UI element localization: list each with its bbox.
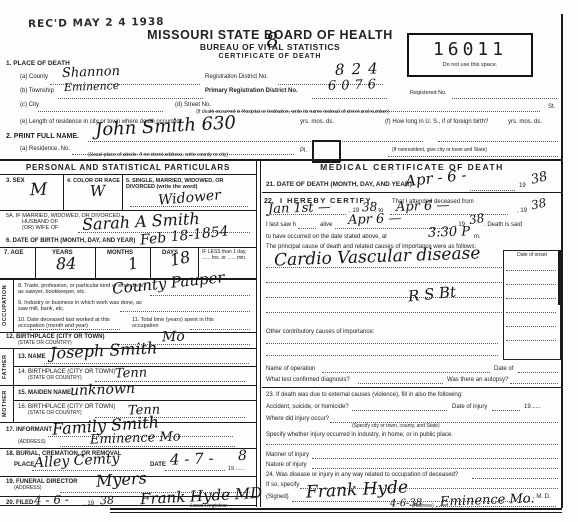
dotted-line — [518, 372, 558, 373]
nature-of-injury-label: Nature of injury — [266, 462, 307, 469]
test-confirmed-label: What test confirmed diagnosis? — [266, 377, 350, 384]
pl-label: Pl. — [300, 148, 307, 155]
registration-district-label: Registration District No. — [205, 74, 268, 81]
burial-date-value: 4 - 7 - — [170, 451, 214, 468]
occ11-label: 11. Total time (years) spent in this occ… — [132, 317, 217, 330]
street-suffix: St. — [548, 104, 555, 111]
dotted-line — [266, 214, 346, 215]
to-year-value: 38 — [530, 197, 547, 212]
burial-year-value: 8 — [238, 449, 247, 463]
last-saw-value: Apr 6 — — [348, 212, 402, 227]
dotted-line — [266, 267, 502, 268]
dotted-line — [266, 444, 558, 445]
attended-to-value: Apr 6 — — [396, 199, 450, 214]
township-value: Eminence — [64, 80, 120, 93]
age-months-value: 1 — [127, 255, 140, 273]
mother-maiden-label: 15. MAIDEN NAME — [18, 390, 71, 397]
date-of-label: Date of — [494, 366, 513, 373]
rule — [262, 192, 562, 193]
spouse-label-3: (OR) WIFE OF — [22, 225, 58, 231]
dotted-line — [190, 329, 250, 330]
column-divider-rule — [256, 159, 257, 507]
column-divider-rule — [260, 159, 261, 507]
dotted-line — [165, 470, 225, 471]
rule — [35, 247, 36, 278]
funeral-director-address-label: (ADDRESS) — [14, 486, 42, 492]
rule — [13, 385, 14, 422]
dotted-line — [150, 295, 250, 296]
section-divider-rule — [0, 159, 562, 161]
dotted-line — [506, 312, 556, 313]
dotted-line — [266, 355, 498, 356]
alive-label: alive — [320, 222, 332, 229]
occ10-label: 10. Date deceased last worked at this oc… — [18, 317, 126, 330]
rule — [150, 247, 151, 278]
related-occupation-label: 24. Was disease or injury in any way rel… — [266, 472, 458, 479]
dotted-line — [388, 156, 558, 157]
date-of-onset-box: Date of onset — [503, 250, 561, 360]
rule — [262, 387, 562, 388]
foreign-birth-label: (f) How long in U. S., if of foreign bir… — [385, 119, 488, 126]
date-of-onset-label: Date of onset — [504, 253, 560, 259]
physician-initials-scrawl: R S Bt — [407, 285, 456, 305]
occurred-at-label: to have occurred on the date stated abov… — [266, 234, 387, 241]
father-birthplace-value: Tenn — [115, 366, 148, 380]
external-causes-label: 23. If death was due to external causes … — [266, 392, 463, 399]
signed-label: (Signed) — [266, 494, 289, 501]
injury-year-label: 19...... — [524, 404, 541, 411]
dotted-line — [266, 312, 502, 313]
burial-place-label: PLACE — [14, 462, 34, 469]
flourish-mark: 8 — [265, 29, 280, 51]
rule — [0, 174, 256, 175]
father-side-label: FATHER — [2, 351, 8, 382]
residence-units: yrs. mos. ds. — [300, 119, 334, 126]
death-year-prefix: 19 — [519, 183, 526, 190]
dotted-line — [470, 190, 515, 191]
scan-artifact-bar — [558, 250, 562, 305]
rule — [0, 247, 256, 248]
serial-number-box: 16011 Do not use this space. — [407, 33, 533, 77]
accident-label: Accident, suicide, or homicide? — [266, 404, 349, 411]
bottom-rule — [110, 512, 562, 513]
manner-of-injury-label: Manner of injury — [266, 452, 309, 459]
dotted-line — [312, 98, 387, 99]
father-name-label: 13. NAME — [18, 354, 46, 361]
registration-district-value: 824 — [335, 61, 385, 78]
dotted-line — [60, 446, 235, 447]
mother-maiden-value: unknown — [70, 382, 135, 398]
date-of-death-label: 21. DATE OF DEATH (MONTH, DAY, AND YEAR) — [266, 181, 412, 188]
dotted-line — [472, 478, 558, 479]
sex-value: M — [30, 182, 48, 200]
dotted-line — [38, 111, 163, 112]
dotted-line — [506, 326, 556, 327]
sex-label: 3. SEX — [6, 178, 25, 185]
rule — [0, 332, 256, 333]
cause-of-death-value: Cardio Vascular disease — [274, 245, 481, 269]
death-certificate-page: REC'D MAY 2 4 1938 MISSOURI STATE BOARD … — [0, 0, 578, 522]
dotted-line — [88, 141, 423, 142]
dotted-line — [266, 297, 502, 298]
full-name-label: 2. PRINT FULL NAME. — [6, 133, 79, 141]
dotted-line — [436, 506, 556, 507]
nonresident-note: (If nonresident, give city or town and S… — [392, 148, 487, 154]
last-saw-label: I last saw h — [266, 222, 296, 229]
county-value: Shannon — [62, 65, 120, 80]
dotted-line — [506, 284, 556, 285]
rule — [63, 174, 64, 210]
pl-box-rule — [312, 140, 340, 142]
contributory-label: Other contributory causes of importance: — [266, 329, 374, 336]
mother-side-label: MOTHER — [2, 388, 8, 419]
date-of-injury-label: Date of injury — [452, 404, 487, 411]
burial-date-label: DATE — [150, 462, 166, 469]
informant-address-label: (ADDRESS) — [18, 440, 46, 446]
place-of-death-heading: 1. PLACE OF DEATH — [6, 60, 70, 67]
rule — [13, 280, 14, 332]
dotted-line — [58, 98, 203, 99]
marital-label: 5. SINGLE, MARRIED, WIDOWED, OR DIVORCED… — [126, 178, 252, 191]
registered-no-label: Registered No. — [410, 90, 447, 96]
time-of-death-value: 3:30 P — [428, 225, 471, 239]
dotted-line — [266, 343, 498, 344]
age-less-note: IF LESS than 1 day, ...... hrs. or .....… — [202, 250, 254, 262]
last-saw-year-value: 38 — [468, 212, 485, 226]
dotted-line — [322, 372, 490, 373]
left-column-header: PERSONAL AND STATISTICAL PARTICULARS — [0, 163, 256, 172]
dotted-line — [506, 298, 556, 299]
birthplace-value: Mo — [162, 330, 185, 345]
dotted-line — [120, 311, 250, 312]
mother-birthplace-sub: (STATE OR COUNTRY) — [28, 411, 82, 417]
md-label: , M. D. — [533, 494, 551, 501]
funeral-director-value: Myers — [96, 470, 148, 490]
specify-city-note: (Specify city or town, county, and State… — [352, 424, 440, 430]
dob-label: 6. DATE OF BIRTH (MONTH, DAY, AND YEAR) — [6, 238, 135, 245]
rule — [122, 174, 123, 210]
dotted-line — [352, 410, 447, 411]
dotted-line — [266, 282, 502, 283]
dotted-line — [452, 98, 557, 99]
dotted-line — [492, 410, 520, 411]
race-value: W — [90, 184, 106, 200]
dotted-line — [44, 363, 249, 364]
dotted-line — [438, 141, 558, 142]
city-label: (c) City — [20, 102, 39, 109]
dotted-line — [312, 468, 558, 469]
occupation-side-label: OCCUPATION — [2, 282, 8, 328]
dotted-line — [506, 270, 556, 271]
age-label: 7. AGE — [4, 250, 23, 257]
father-birthplace-sub: (STATE OR COUNTRY) — [28, 376, 82, 382]
age-years-value: 84 — [56, 256, 77, 273]
father-name-value: Joseph Smith — [50, 340, 158, 362]
rule — [0, 448, 256, 449]
date-of-death-value: Apr - 6 - — [404, 168, 467, 189]
dotted-line — [30, 329, 120, 330]
operation-label: Name of operation — [266, 366, 315, 373]
where-injury-label: Where did injury occur? — [266, 416, 329, 423]
primary-district-label: Primary Registration District No. — [205, 88, 298, 95]
marital-value: Widower — [158, 188, 222, 207]
specify-where-label: Specify whether injury occurred in indus… — [266, 432, 453, 439]
serial-number: 16011 — [409, 40, 531, 61]
serial-note: Do not use this space. — [409, 62, 531, 68]
street-label: (d) Street No. — [175, 102, 211, 109]
county-label: (a) County — [20, 74, 48, 81]
rule — [95, 247, 96, 278]
age-days-value: 18 — [169, 249, 192, 269]
to-year-prefix: , 19 — [517, 208, 527, 215]
informant-address-value: Eminence Mo — [90, 430, 181, 446]
bottom-rule — [110, 508, 562, 510]
death-year-value: 38 — [530, 170, 549, 187]
dotted-line — [312, 458, 558, 459]
dotted-line — [358, 383, 443, 384]
burial-place-value: Alley Cemty — [34, 452, 120, 470]
if-so-specify-label: If so, specify — [266, 482, 299, 489]
rule — [0, 210, 256, 211]
autopsy-label: Was there an autopsy? — [447, 377, 508, 384]
foreign-units: yrs. mos. ds. — [508, 119, 542, 126]
informant-label: 17. INFORMANT — [6, 427, 52, 434]
full-name-value: John Smith 630 — [95, 114, 237, 139]
dotted-line — [506, 340, 556, 341]
dotted-line — [298, 228, 316, 229]
rule — [0, 505, 256, 506]
abode-note: (Usual place of abode. If no street addr… — [88, 153, 228, 159]
m-label: m. — [474, 234, 481, 241]
residence-no-label: (a) Residence, No. — [20, 146, 70, 153]
dotted-line — [130, 206, 248, 207]
death-is-said-label: . Death is said — [484, 222, 522, 229]
primary-district-value: 6076 — [328, 78, 382, 93]
rule — [13, 400, 256, 401]
township-label: (b) Township — [20, 88, 54, 95]
dotted-line — [510, 383, 558, 384]
occ8-value: County Pauper — [112, 270, 226, 297]
burial-year-prefix: 19....... — [228, 466, 245, 472]
